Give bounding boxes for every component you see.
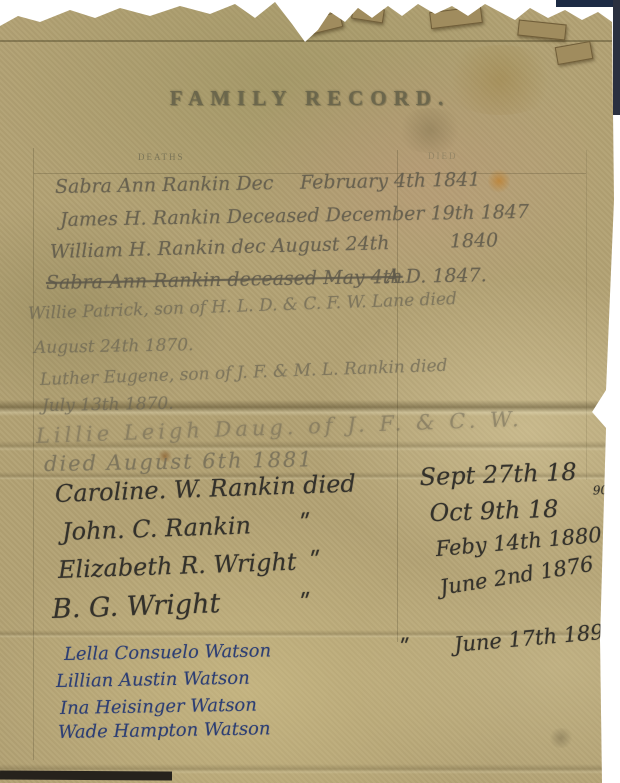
entry-date: A.D. 1847. — [386, 264, 487, 288]
entry-text: William H. Rankin dec August 24th — [50, 232, 390, 263]
edge-note: 90 — [593, 483, 609, 498]
page-title: FAMILY RECORD. — [0, 86, 620, 111]
entry-date: June 17th 1899 — [453, 619, 618, 657]
record-line: James H. Rankin Deceased December 19th 1… — [60, 201, 529, 231]
torn-paper-flap — [351, 5, 385, 24]
entry-text: Willie Patrick, son of H. L. D. & C. F. … — [28, 289, 458, 324]
record-line: John. C. Rankin ʺ Oct 9th 18 90 — [62, 511, 252, 546]
entry-text: Sabra Ann Rankin deceased May 4th — [46, 266, 403, 294]
paper: FAMILY RECORD. DEATHS DIED Sabra Ann Ran… — [0, 0, 620, 783]
record-line: Lella Consuelo Watson ʺ June 17th 1899 — [64, 640, 271, 665]
scan-edge-artifact — [613, 0, 620, 115]
entry-name: Lillian Austin Watson — [56, 668, 250, 692]
record-line: August 24th 1870. — [34, 335, 194, 358]
entry-name: John. C. Rankin — [62, 511, 252, 546]
column-line-left — [33, 148, 34, 760]
entry-date: February 4th 1841 — [300, 169, 481, 194]
record-line: July 13th 1870. — [42, 394, 174, 416]
record-line: Luther Eugene, son of J. F. & M. L. Rank… — [40, 356, 448, 390]
column-line-right — [586, 150, 587, 480]
ditto-mark: ʺ — [400, 636, 411, 661]
column-header-deaths: DEATHS — [138, 152, 185, 162]
record-line: Lillian Austin Watson — [56, 668, 250, 692]
entry-date: June 2nd 1876 — [438, 552, 595, 600]
entry-text: August 24th 1870. — [34, 335, 194, 358]
torn-paper-flap — [299, 11, 344, 37]
entry-date: Oct 9th 18 — [429, 495, 559, 527]
ditto-mark: ʺ — [309, 547, 321, 575]
ditto-mark: ʺ — [299, 589, 311, 617]
smudge — [548, 728, 574, 748]
ditto-mark: ʺ — [299, 509, 311, 537]
record-line: Sabra Ann Rankin Dec February 4th 1841 — [55, 172, 274, 198]
record-line: B. G. Wright ʺ June 2nd 1876 — [51, 588, 220, 625]
entry-name: Wade Hampton Watson — [58, 718, 271, 743]
record-line: Ina Heisinger Watson — [60, 695, 257, 719]
entry-name: Ina Heisinger Watson — [60, 695, 257, 719]
entry-name: B. G. Wright — [51, 588, 220, 625]
entry-text: Sabra Ann Rankin Dec — [55, 172, 274, 198]
record-line: Elizabeth R. Wright ʺ Feby 14th 1880 — [58, 548, 297, 584]
torn-paper-flap — [555, 41, 594, 65]
record-line: Willie Patrick, son of H. L. D. & C. F. … — [28, 289, 458, 324]
record-line: William H. Rankin dec August 24th 1840 — [50, 232, 390, 263]
torn-paper-flap — [429, 6, 483, 29]
entry-date: Sept 27th 18 — [419, 458, 577, 491]
column-header-died: DIED — [428, 151, 458, 161]
entry-name: Lella Consuelo Watson — [64, 640, 271, 665]
entry-text: July 13th 1870. — [42, 394, 174, 416]
scan-edge-artifact — [0, 771, 172, 781]
ruled-line-top — [0, 40, 612, 42]
entry-name: Elizabeth R. Wright — [58, 548, 297, 584]
entry-text: Luther Eugene, son of J. F. & M. L. Rank… — [40, 356, 448, 390]
entry-date: 1840 — [450, 229, 499, 252]
smudge — [395, 108, 465, 153]
record-line-struck: Sabra Ann Rankin deceased May 4th A.D. 1… — [46, 266, 403, 294]
record-line: Wade Hampton Watson — [58, 718, 271, 743]
torn-paper-flap — [517, 20, 566, 41]
entry-text: James H. Rankin Deceased December 19th 1… — [60, 201, 529, 231]
scan-edge-artifact — [556, 0, 620, 7]
scanned-family-record-page: FAMILY RECORD. DEATHS DIED Sabra Ann Ran… — [0, 0, 620, 783]
ink-stain — [488, 168, 510, 194]
